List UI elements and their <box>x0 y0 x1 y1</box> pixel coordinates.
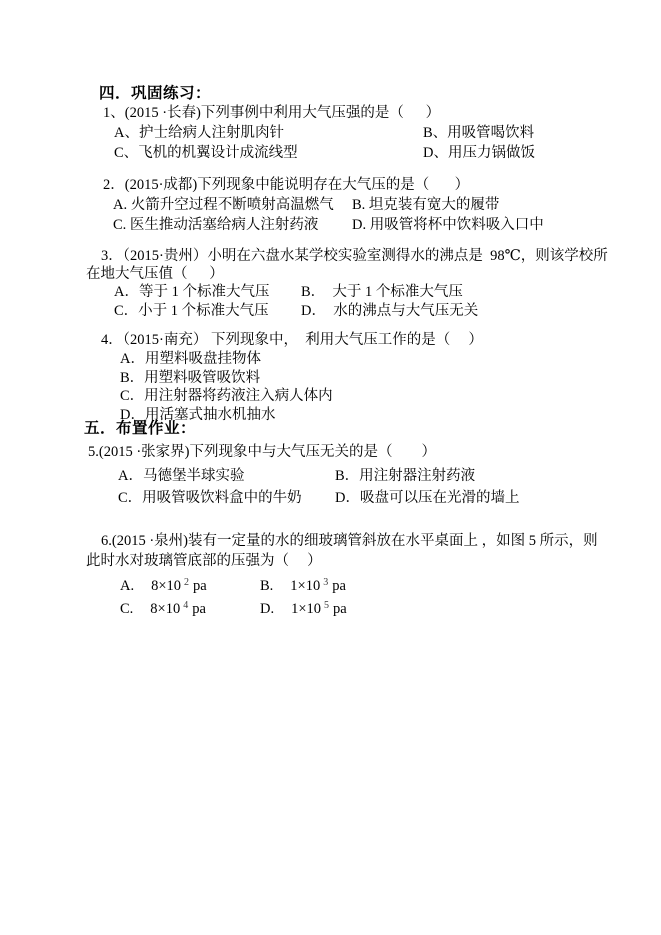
q4-stem: 4．（2015·南充） 下列现象中， 利用大气压工作的是（ ） <box>101 331 483 350</box>
q2-stem: 2．(2015·成都)下列现象中能说明存在大气压的是（ ） <box>103 176 469 195</box>
q6-option-c-unit: pa <box>192 600 206 619</box>
q6-option-b: B.1×103pa <box>260 577 346 597</box>
q4-option-c: C．用注射器将药液注入病人体内 <box>120 387 333 406</box>
q3-stem-line2: 在地大气压值（ ） <box>86 265 224 284</box>
q3-option-c: C．小于 1 个标准大气压 <box>114 302 269 321</box>
q3-option-d: D． 水的沸点与大气压无关 <box>301 302 478 321</box>
q6-option-b-unit: pa <box>332 577 346 596</box>
q1-option-a: A、护士给病人注射肌肉针 <box>114 124 284 143</box>
q6-option-d-value: 1×10 <box>291 600 321 619</box>
q6-option-a-unit: pa <box>193 577 207 596</box>
q6-option-a: A.8×102pa <box>120 577 207 597</box>
q6-option-b-label: B. <box>260 577 273 596</box>
q6-option-c-value: 8×10 <box>150 600 180 619</box>
q6-option-d-unit: pa <box>333 600 347 619</box>
q4-option-a: A．用塑料吸盘挂物体 <box>120 350 261 369</box>
q5-option-c: C．用吸管吸饮料盒中的牛奶 <box>118 489 302 508</box>
q4-option-b: B．用塑料吸管吸饮料 <box>120 369 260 388</box>
q1-stem: 1、(2015 ·长春)下列事例中利用大气压强的是（ ） <box>103 104 440 123</box>
q5-option-a: A．马德堡半球实验 <box>118 467 244 486</box>
q6-option-a-value: 8×10 <box>151 577 181 596</box>
q6-option-b-exponent: 3 <box>323 573 328 592</box>
q6-option-a-exponent: 2 <box>184 573 189 592</box>
q6-option-d: D.1×105pa <box>260 600 347 620</box>
q2-option-c: C. 医生推动活塞给病人注射药液 <box>113 216 318 235</box>
q1-option-b: B、用吸管喝饮料 <box>423 124 534 143</box>
q2-option-a: A. 火箭升空过程不断喷射高温燃气 <box>113 196 334 215</box>
q5-option-d: D．吸盘可以压在光滑的墙上 <box>335 489 519 508</box>
q3-option-a: A．等于 1 个标准大气压 <box>114 283 269 302</box>
q6-option-c-exponent: 4 <box>183 596 188 615</box>
q6-option-d-exponent: 5 <box>324 596 329 615</box>
q6-option-c-label: C. <box>120 600 133 619</box>
q5-option-b: B．用注射器注射药液 <box>335 467 475 486</box>
section4-heading: 四．巩固练习： <box>99 84 211 103</box>
section5-heading: 五．布置作业： <box>84 419 196 438</box>
q2-option-b: B. 坦克装有宽大的履带 <box>352 196 499 215</box>
q1-option-d: D、用压力锅做饭 <box>423 144 535 163</box>
q6-option-b-value: 1×10 <box>290 577 320 596</box>
document-page: 四．巩固练习： 1、(2015 ·长春)下列事例中利用大气压强的是（ ） A、护… <box>0 0 661 935</box>
q5-stem: 5.(2015 ·张家界)下列现象中与大气压无关的是（ ） <box>88 443 436 462</box>
q6-option-d-label: D. <box>260 600 274 619</box>
q6-option-a-label: A. <box>120 577 134 596</box>
q3-stem-line1: 3．（2015·贵州）小明在六盘水某学校实验室测得水的沸点是 98℃，则该学校所 <box>101 247 608 266</box>
q6-stem-line2: 此时水对玻璃管底部的压强为（ ） <box>86 552 322 571</box>
q6-option-c: C.8×104pa <box>120 600 206 620</box>
q6-stem-line1: 6.(2015 ·泉州)装有一定量的水的细玻璃管斜放在水平桌面上 ，如图 5 所… <box>101 532 598 551</box>
q2-option-d: D. 用吸管将杯中饮料吸入口中 <box>352 216 544 235</box>
q3-option-b: B． 大于 1 个标准大气压 <box>301 283 463 302</box>
q1-option-c: C、飞机的机翼设计成流线型 <box>114 144 298 163</box>
